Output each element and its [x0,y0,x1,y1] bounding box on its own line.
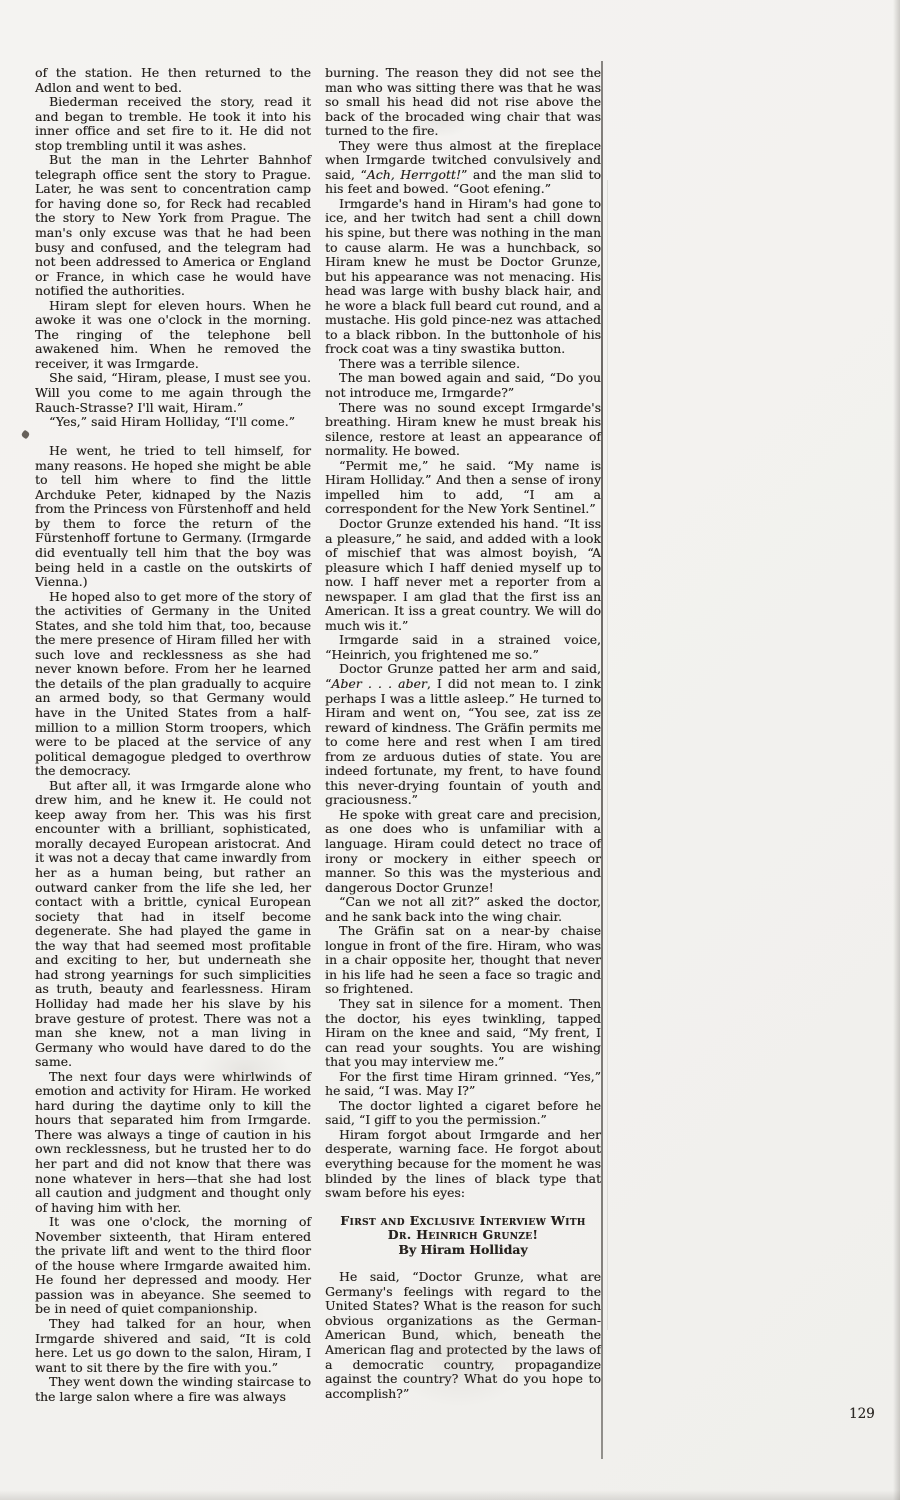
text-block: of the station. He then returned to the … [35,66,602,1404]
print-artifact-mark [21,430,31,440]
paragraph: Doctor Grunze extended his hand. “It iss… [325,517,601,633]
interview-heading-line: First and Exclusive Interview With [325,1214,601,1229]
paragraph: “Can we not all zit?” asked the doctor, … [325,895,601,924]
paragraph: “Permit me,” he said. “My name is Hiram … [325,459,601,517]
text-run: “Permit me,” he said. “My name is Hiram … [325,458,601,517]
text-run: The next four days were whirlwinds of em… [35,1069,311,1215]
text-run: Hiram forgot about Irmgarde and her desp… [325,1127,601,1200]
paragraph: He went, he tried to tell himself, for m… [35,444,311,589]
text-column-left: of the station. He then returned to the … [35,66,311,1404]
page-edge-shadow-right [893,0,900,1500]
italic-text-run: Aber . . . aber [331,676,426,691]
page-number: 129 [849,1406,875,1422]
text-run: They had talked for an hour, when Irmgar… [35,1316,311,1375]
text-run: “Yes,” said Hiram Holliday, “I'll come.” [49,414,295,429]
paragraph: Hiram slept for eleven hours. When he aw… [35,299,311,372]
paragraph: Biederman received the story, read it an… [35,95,311,153]
paragraph: They went down the winding staircase to … [35,1375,311,1404]
paragraph: For the first time Hiram grinned. “Yes,”… [325,1070,601,1099]
page-edge-shadow-bottom [0,1490,900,1500]
text-run: “Can we not all zit?” asked the doctor, … [325,894,601,924]
text-run: He hoped also to get more of the story o… [35,589,311,779]
paragraph: The next four days were whirlwinds of em… [35,1070,311,1215]
text-run: For the first time Hiram grinned. “Yes,”… [325,1069,601,1099]
text-run: burning. The reason they did not see the… [325,65,601,138]
text-run: But after all, it was Irmgarde alone who… [35,778,311,1069]
paragraph: They were thus almost at the fireplace w… [325,139,601,197]
paragraph: The doctor lighted a cigaret before he s… [325,1099,601,1128]
paragraph: Hiram forgot about Irmgarde and her desp… [325,1128,601,1201]
text-run: He said, “Doctor Grunze, what are German… [325,1269,601,1400]
paragraph: It was one o'clock, the morning of Novem… [35,1215,311,1317]
text-run: The man bowed again and said, “Do you no… [325,370,601,400]
text-run: Hiram slept for eleven hours. When he aw… [35,298,311,371]
column-divider-rule [601,61,603,1459]
paragraph: They sat in silence for a moment. Then t… [325,997,601,1070]
paragraph: But after all, it was Irmgarde alone who… [35,779,311,1070]
text-column-right: burning. The reason they did not see the… [325,66,601,1404]
paragraph: Irmgarde's hand in Hiram's had gone to i… [325,197,601,357]
paragraph: of the station. He then returned to the … [35,66,311,95]
interview-heading-line: By Hiram Holliday [325,1243,601,1258]
column-divider-rule-shadow [607,180,608,1330]
text-run: of the station. He then returned to the … [35,65,311,95]
paragraph: He spoke with great care and precision, … [325,808,601,895]
paragraph: But the man in the Lehrter Bahnhof teleg… [35,153,311,298]
paragraph: burning. The reason they did not see the… [325,66,601,139]
interview-heading-line: Dr. Heinrich Grunze! [325,1228,601,1243]
text-run: He went, he tried to tell himself, for m… [35,443,311,589]
text-run: They went down the winding staircase to … [35,1374,311,1404]
paragraph: There was no sound except Irmgarde's bre… [325,401,601,459]
text-run: The doctor lighted a cigaret before he s… [325,1098,601,1128]
text-run: Irmgarde said in a strained voice, “Hein… [325,632,601,662]
text-run: It was one o'clock, the morning of Novem… [35,1214,311,1316]
paragraph: She said, “Hiram, please, I must see you… [35,371,311,415]
paragraph: They had talked for an hour, when Irmgar… [35,1317,311,1375]
book-page-scan: of the station. He then returned to the … [0,0,900,1500]
text-run: They sat in silence for a moment. Then t… [325,996,601,1069]
text-run: There was no sound except Irmgarde's bre… [325,400,601,459]
paragraph: The man bowed again and said, “Do you no… [325,371,601,400]
paragraph: The Gräfin sat on a near-by chaise longu… [325,924,601,997]
paragraph: There was a terrible silence. [325,357,601,372]
text-run: Irmgarde's hand in Hiram's had gone to i… [325,196,601,356]
text-run: Doctor Grunze extended his hand. “It iss… [325,516,601,633]
text-run: She said, “Hiram, please, I must see you… [35,370,311,414]
text-run: There was a terrible silence. [339,356,520,371]
paragraph: He said, “Doctor Grunze, what are German… [325,1270,601,1401]
text-run: The Gräfin sat on a near-by chaise longu… [325,923,601,996]
paragraph: Irmgarde said in a strained voice, “Hein… [325,633,601,662]
paragraph: Doctor Grunze patted her arm and said, “… [325,662,601,807]
italic-text-run: Ach, Herrgott! [367,167,461,182]
text-run: He spoke with great care and precision, … [325,807,601,895]
text-run: But the man in the Lehrter Bahnhof teleg… [35,152,311,298]
paragraph: He hoped also to get more of the story o… [35,590,311,779]
text-run: Biederman received the story, read it an… [35,94,311,153]
text-run: , I did not mean to. I zink perhaps I wa… [325,676,601,807]
paragraph: “Yes,” said Hiram Holliday, “I'll come.” [35,415,311,430]
